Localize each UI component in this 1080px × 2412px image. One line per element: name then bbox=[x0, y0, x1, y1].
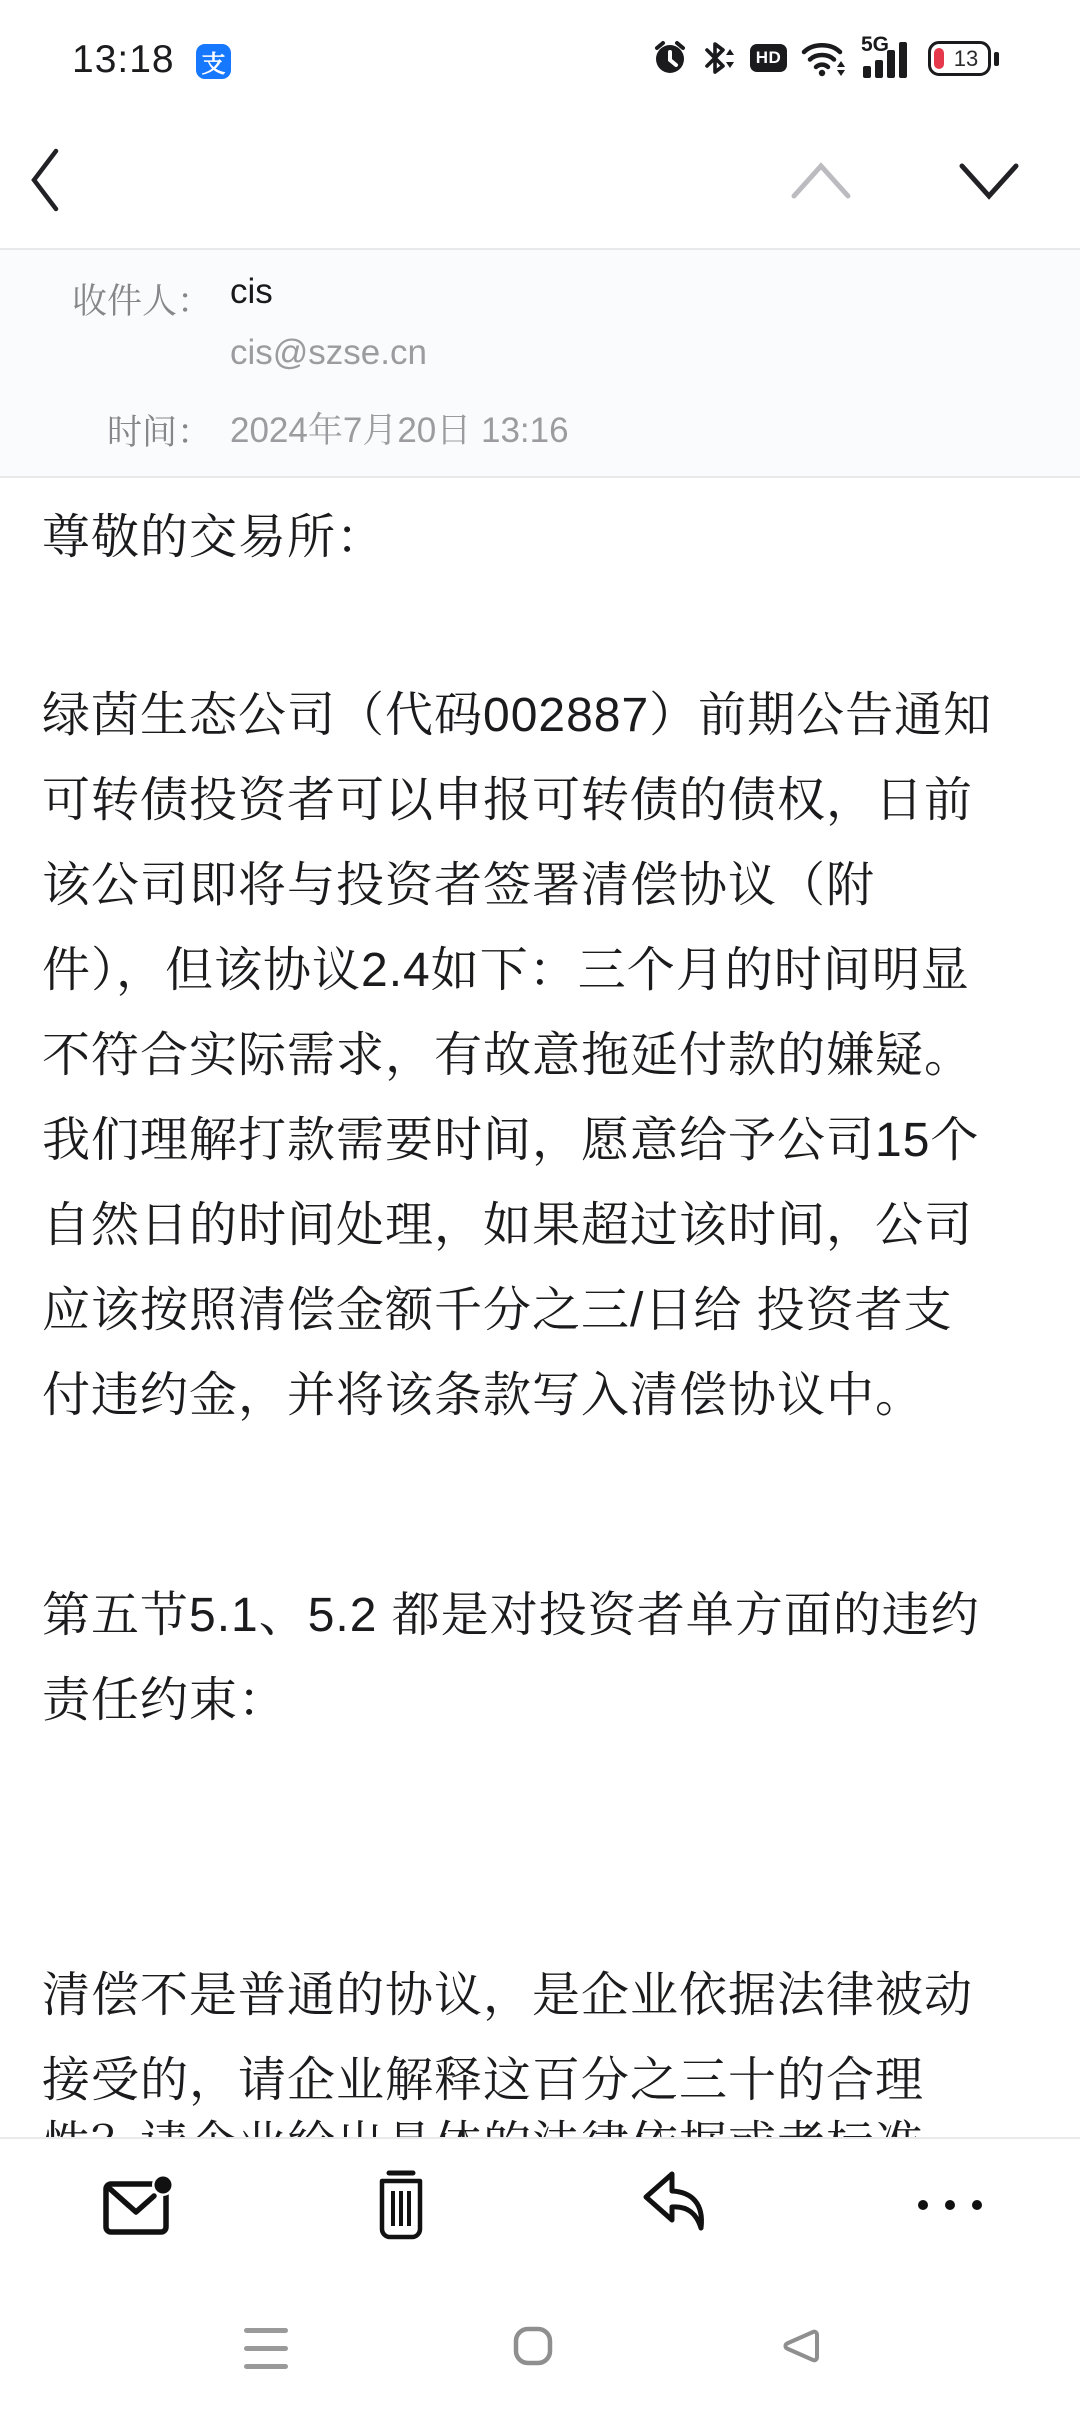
menu-bar bbox=[244, 2364, 288, 2369]
status-time: 13:18 bbox=[72, 38, 175, 82]
bluetooth-icon bbox=[701, 41, 737, 75]
chevron-up-icon bbox=[788, 158, 854, 204]
wifi-icon bbox=[800, 39, 848, 77]
recipient-name: cis bbox=[230, 272, 273, 312]
mark-unread-button[interactable] bbox=[100, 2176, 172, 2241]
dot bbox=[918, 2200, 928, 2210]
android-home-button[interactable] bbox=[513, 2326, 553, 2369]
back-button[interactable] bbox=[24, 146, 70, 217]
signal-5g-icon: 5G bbox=[861, 36, 915, 80]
recipient-email: cis@szse.cn bbox=[230, 333, 427, 373]
alarm-icon bbox=[652, 40, 688, 76]
mail-body-clipped-line: 性？请企业给出具体的法律依据或者标准。 bbox=[42, 2102, 1038, 2137]
back-chevron-icon bbox=[24, 146, 70, 214]
mail-body-paragraph-2: 第五节5.1、5.2 都是对投资者单方面的违约 责任约束： bbox=[42, 1573, 1038, 1743]
mail-header: 收件人： cis cis@szse.cn 时间： 2024年7月20日 13:1… bbox=[0, 248, 1080, 478]
mail-unread-icon bbox=[100, 2176, 172, 2238]
more-options-button[interactable] bbox=[918, 2200, 982, 2210]
chevron-down-icon bbox=[956, 158, 1022, 204]
home-square-icon bbox=[513, 2326, 553, 2366]
trash-icon bbox=[372, 2168, 430, 2240]
mail-body-salutation: 尊敬的交易所： bbox=[42, 495, 1038, 580]
battery-nub bbox=[994, 52, 999, 66]
status-icons: HD 5G 13 bbox=[652, 34, 999, 82]
battery-level-fill bbox=[934, 48, 944, 69]
mail-body-paragraph-3: 清偿不是普通的协议，是企业依据法律被动 接受的，请企业解释这百分之三十的合理 bbox=[42, 1953, 1038, 2123]
reply-arrow-icon bbox=[638, 2170, 714, 2236]
dot bbox=[945, 2200, 955, 2210]
battery-icon: 13 bbox=[928, 41, 991, 76]
hd-volte-icon: HD bbox=[750, 44, 787, 72]
delete-button[interactable] bbox=[372, 2168, 430, 2243]
android-menu-button[interactable] bbox=[244, 2328, 288, 2369]
battery-percent: 13 bbox=[945, 46, 987, 72]
toolbar-divider bbox=[0, 2137, 1080, 2139]
mail-body-paragraph-1: 绿茵生态公司（代码002887）前期公告通知 可转债投资者可以申报可转债的债权，… bbox=[42, 673, 1038, 1438]
time-label: 时间： bbox=[40, 405, 212, 455]
back-triangle-icon bbox=[779, 2325, 821, 2367]
previous-mail-button[interactable] bbox=[788, 158, 854, 207]
reply-button[interactable] bbox=[638, 2170, 714, 2239]
mail-timestamp: 2024年7月20日 13:16 bbox=[230, 403, 569, 453]
menu-bar bbox=[244, 2328, 288, 2333]
next-mail-button[interactable] bbox=[956, 158, 1022, 207]
menu-bar bbox=[244, 2346, 288, 2351]
recipient-label: 收件人： bbox=[40, 274, 212, 324]
phone-screen: 13:18 支 HD 5G bbox=[0, 0, 1080, 2412]
dot bbox=[972, 2200, 982, 2210]
android-back-button[interactable] bbox=[779, 2325, 821, 2370]
alipay-notification-icon: 支 bbox=[196, 44, 231, 79]
alipay-glyph: 支 bbox=[202, 44, 226, 79]
